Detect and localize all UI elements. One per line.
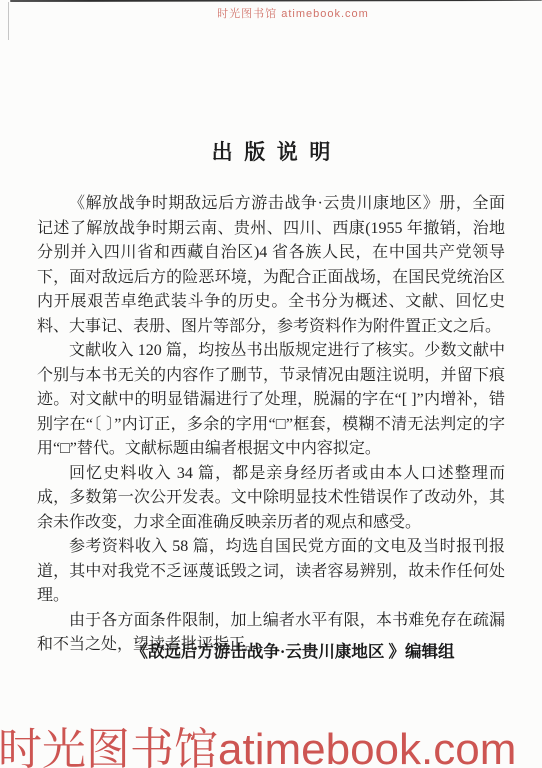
paragraph-overview: 《解放战争时期敌远后方游击战争·云贵川康地区》册，全面记述了解放战争时期云南、贵… xyxy=(37,192,505,339)
publication-note-body: 《解放战争时期敌远后方游击战争·云贵川康地区》册，全面记述了解放战争时期云南、贵… xyxy=(37,192,505,658)
paragraph-documents: 文献收入 120 篇，均按丛书出版规定进行了核实。少数文献中个别与本书无关的内容… xyxy=(37,339,505,462)
scan-edge-left xyxy=(8,2,9,40)
editor-signature: 《敌远后方游击战争·云贵川康地区 》编辑组 xyxy=(22,638,542,662)
watermark-top: 时光图书馆 atimebook.com xyxy=(22,5,542,21)
page-title: 出版说明 xyxy=(0,136,542,166)
paragraph-references: 参考资料收入 58 篇，均选自国民党方面的文电及当时报刊报道，其中对我党不乏诬蔑… xyxy=(37,535,505,609)
watermark-bottom: 时光图书馆atimebook.com xyxy=(0,726,516,768)
scan-edge-top xyxy=(10,0,542,2)
scanned-book-page: 时光图书馆 atimebook.com 出版说明 《解放战争时期敌远后方游击战争… xyxy=(0,0,542,768)
paragraph-memoirs: 回忆史料收入 34 篇，都是亲身经历者或由本人口述整理而成，多数第一次公开发表。… xyxy=(37,462,505,536)
